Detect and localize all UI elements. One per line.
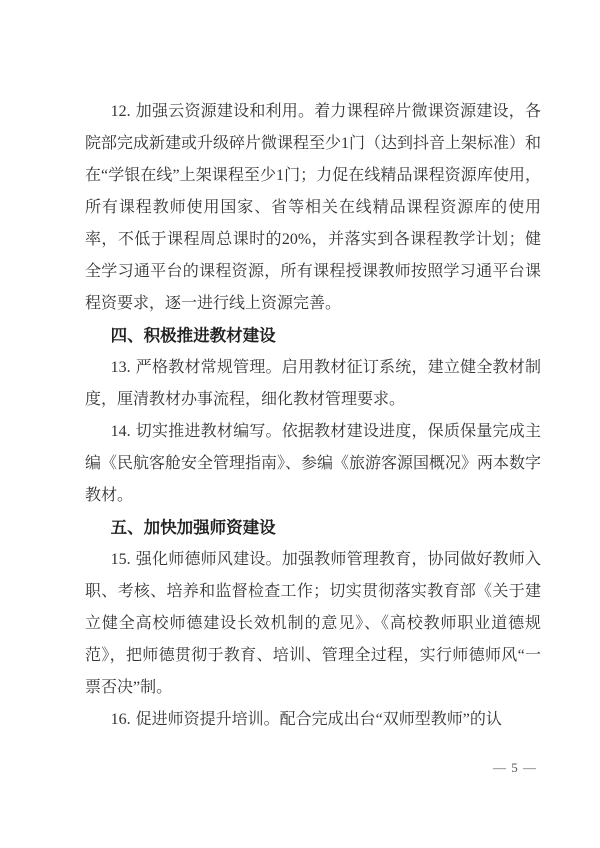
paragraph-number: 14. <box>111 423 131 440</box>
paragraph-16: 16.促进师资提升培训。配合完成出台“双师型教师”的认 <box>85 704 541 736</box>
paragraph-number: 15. <box>111 551 131 568</box>
paragraph-body: 加强教师管理教育，协同做好教师入职、考核、培养和监督检查工作；切实贯彻落实教育部… <box>85 551 541 696</box>
section-heading-4: 四、积极推进教材建设 <box>85 320 541 352</box>
document-content: 12.加强云资源建设和利用。着力课程碎片微课资源建设，各院部完成新建或升级碎片微… <box>85 96 541 736</box>
paragraph-15: 15.强化师德师风建设。加强教师管理教育，协同做好教师入职、考核、培养和监督检查… <box>85 544 541 704</box>
paragraph-number: 12. <box>111 103 131 120</box>
paragraph-lead: 加强云资源建设和利用。 <box>136 103 315 120</box>
paragraph-lead: 强化师德师风建设。 <box>136 551 282 568</box>
paragraph-14: 14.切实推进教材编写。依据教材建设进度，保质保量完成主编《民航客舱安全管理指南… <box>85 416 541 512</box>
document-page: 12.加强云资源建设和利用。着力课程碎片微课资源建设，各院部完成新建或升级碎片微… <box>0 0 600 848</box>
paragraph-number: 13. <box>111 359 131 376</box>
paragraph-lead: 严格教材常规管理。 <box>136 359 282 376</box>
paragraph-body: 配合完成出台“双师型教师”的认 <box>280 711 502 728</box>
page-number: — 5 — <box>493 760 537 776</box>
paragraph-12: 12.加强云资源建设和利用。着力课程碎片微课资源建设，各院部完成新建或升级碎片微… <box>85 96 541 320</box>
paragraph-lead: 促进师资提升培训。 <box>136 711 280 728</box>
paragraph-body: 着力课程碎片微课资源建设，各院部完成新建或升级碎片微课程至少1门（达到抖音上架标… <box>85 103 541 312</box>
paragraph-number: 16. <box>111 711 131 728</box>
paragraph-lead: 切实推进教材编写。 <box>136 423 282 440</box>
paragraph-13: 13.严格教材常规管理。启用教材征订系统，建立健全教材制度，厘清教材办事流程，细… <box>85 352 541 416</box>
section-heading-5: 五、加快加强师资建设 <box>85 512 541 544</box>
